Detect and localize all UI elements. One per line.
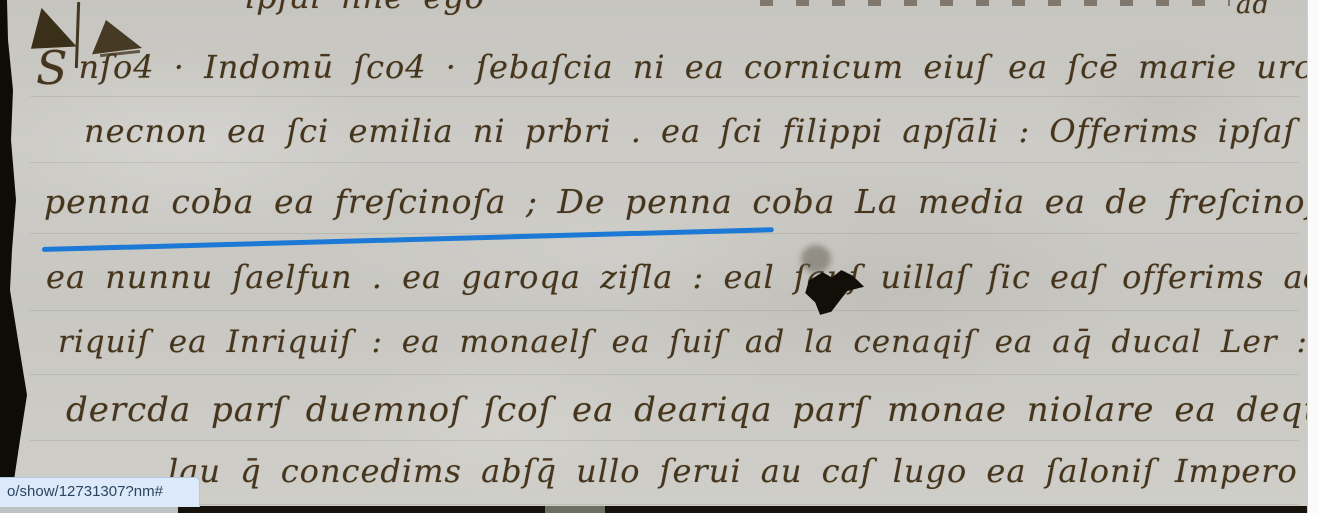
manuscript-line: penna coba ea freſcinoſa ; De penna coba… <box>44 182 1319 221</box>
manuscript-line: Snſo4 · Indomū ſco4 · ſebaſcia ni ea cor… <box>36 48 1319 86</box>
clipped-top-text-fragment: ipſal nne ego <box>245 0 485 16</box>
browser-status-bar-url: o/show/12731307?nm# <box>0 477 200 507</box>
manuscript-line: riquiſ ea Inriquiſ : ea monaelſ ea ſuiſ … <box>58 324 1319 360</box>
scan-edge-dark-segment <box>178 506 1307 513</box>
ruling-line <box>30 374 1299 375</box>
manuscript-viewer-page: ipſal nne ego ad Snſo4 · Indomū ſco4 · ſ… <box>0 0 1319 513</box>
ruling-line <box>30 310 1299 311</box>
ruling-line <box>30 162 1299 163</box>
clipped-top-right-fragment: ad <box>1236 0 1270 20</box>
parchment-smudge <box>801 245 831 273</box>
manuscript-line: necnon ea ſci emilia ni prbri . ea ſci f… <box>84 112 1319 150</box>
manuscript-line: ea nunnu ſaelfun . ea garoqa ziſla : eal… <box>46 258 1319 296</box>
page-right-margin <box>1307 0 1319 513</box>
manuscript-line: lau q̄ concedims abſq̄ ullo ſerui au caſ… <box>168 452 1319 490</box>
scan-black-edge-bottom <box>0 506 1307 513</box>
ruling-line <box>30 96 1299 97</box>
ruling-line <box>30 440 1299 441</box>
manuscript-line-text: nſo4 · Indomū ſco4 · ſebaſcia ni ea corn… <box>79 48 1319 86</box>
ruling-line <box>30 504 1299 505</box>
scan-edge-grey-segment <box>0 506 178 513</box>
manuscript-line: dercda parſ duemnoſ ſcoſ ea deariqa parſ… <box>66 390 1319 430</box>
initial-capital: S <box>36 41 69 95</box>
scan-edge-olive-segment <box>545 506 605 513</box>
clipped-top-descenders <box>760 0 1230 6</box>
